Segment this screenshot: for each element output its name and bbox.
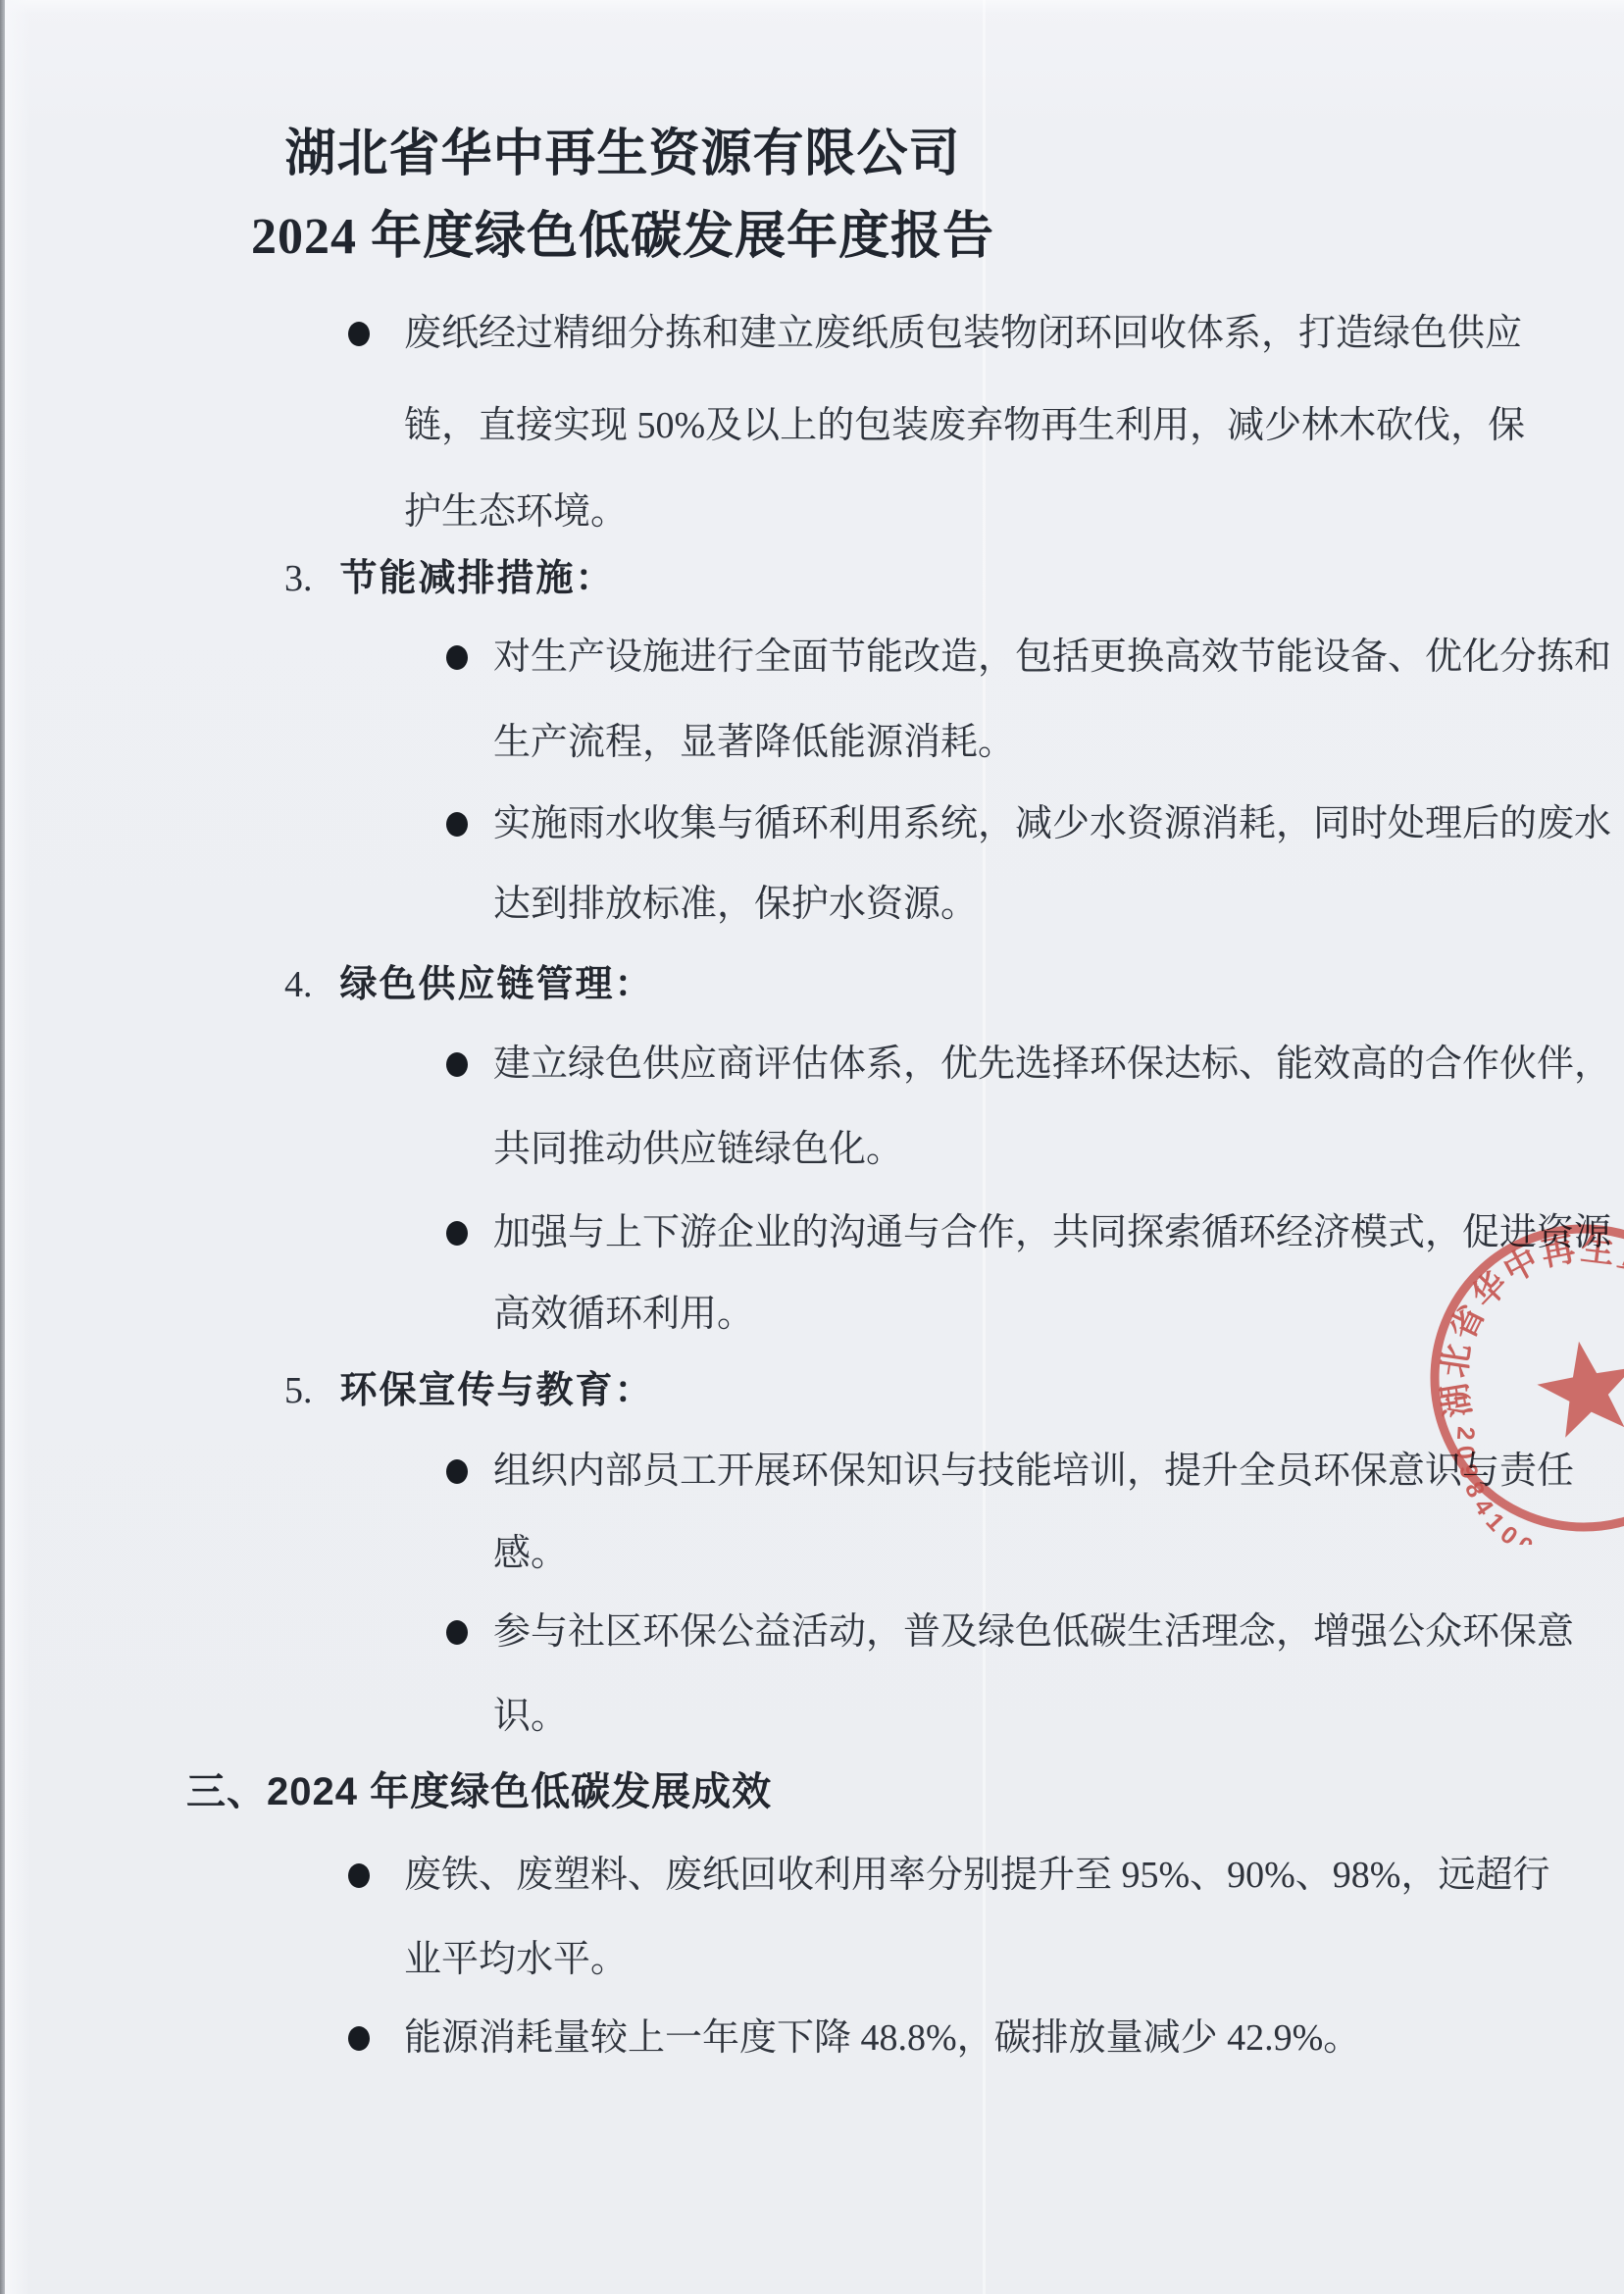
heading-label: 节能减排措施： (340, 558, 615, 599)
paragraph-line: 废铁、废塑料、废纸回收利用率分别提升至 95%、90%、98%，远超行 (404, 1854, 1549, 1899)
scan-top-edge (0, 0, 1624, 14)
heading-label: 绿色供应链管理： (340, 964, 654, 1005)
bullet-dot (348, 322, 370, 346)
heading-number: 4. (284, 964, 313, 1005)
scanned-report-page: 湖北省华中再生资源有限公司 2024 年度绿色低碳发展年度报告 废纸经过精细分拣… (0, 0, 1624, 2294)
heading-item-5: 5.环保宣传与教育： (284, 1369, 654, 1414)
paragraph-line: 感。 (493, 1532, 568, 1577)
paragraph-line: 废纸经过精细分拣和建立废纸质包装物闭环回收体系，打造绿色供应 (404, 312, 1522, 357)
heading-item-4: 4.绿色供应链管理： (284, 963, 654, 1008)
report-title-line2: 2024 年度绿色低碳发展年度报告 (0, 208, 1245, 267)
heading-item-3: 3.节能减排措施： (284, 557, 615, 602)
paragraph-line: 能源消耗量较上一年度下降 48.8%，碳排放量减少 42.9%。 (404, 2016, 1360, 2062)
bullet-dot (446, 1459, 468, 1484)
bullet-dot (446, 1052, 468, 1077)
report-title-line1: 湖北省华中再生资源有限公司 (0, 126, 1245, 184)
paragraph-line: 护生态环境。 (404, 490, 628, 535)
paragraph-line: 建立绿色供应商评估体系，优先选择环保达标、能效高的合作伙伴， (493, 1043, 1611, 1088)
scan-left-highlight (5, 0, 30, 2294)
paragraph-line: 参与社区环保公益活动，普及绿色低碳生活理念，增强公众环保意 (493, 1610, 1574, 1656)
heading-section-3: 三、2024 年度绿色低碳发展成效 (186, 1768, 772, 1815)
paragraph-line: 链，直接实现 50%及以上的包装废弃物再生利用，减少林木砍伐，保 (404, 404, 1525, 449)
bullet-dot (446, 1620, 468, 1645)
bullet-dot (446, 1221, 468, 1246)
paragraph-line: 达到排放标准，保护水资源。 (493, 883, 978, 928)
bullet-dot (446, 645, 468, 670)
bullet-dot (446, 812, 468, 837)
paragraph-line: 识。 (493, 1695, 568, 1740)
heading-number: 3. (284, 558, 313, 599)
heading-label: 环保宣传与教育： (340, 1370, 654, 1411)
paragraph-line: 组织内部员工开展环保知识与技能培训，提升全员环保意识与责任 (493, 1450, 1574, 1495)
paragraph-line: 业平均水平。 (404, 1938, 628, 1983)
seal-star-icon (1531, 1333, 1624, 1441)
bullet-dot (348, 1863, 370, 1888)
heading-number: 5. (284, 1370, 313, 1411)
paragraph-line: 共同推动供应链绿色化。 (493, 1128, 903, 1173)
paragraph-line: 高效循环利用。 (493, 1293, 754, 1338)
company-seal-stamp: 湖北省华中再生资源有限公司 2098410005 (1417, 1211, 1624, 1545)
paragraph-line: 对生产设施进行全面节能改造，包括更换高效节能设备、优化分拣和 (493, 636, 1611, 681)
bullet-dot (348, 2026, 370, 2051)
paragraph-line: 实施雨水收集与循环利用系统，减少水资源消耗，同时处理后的废水 (493, 802, 1611, 847)
paragraph-line: 生产流程，显著降低能源消耗。 (493, 721, 1015, 766)
